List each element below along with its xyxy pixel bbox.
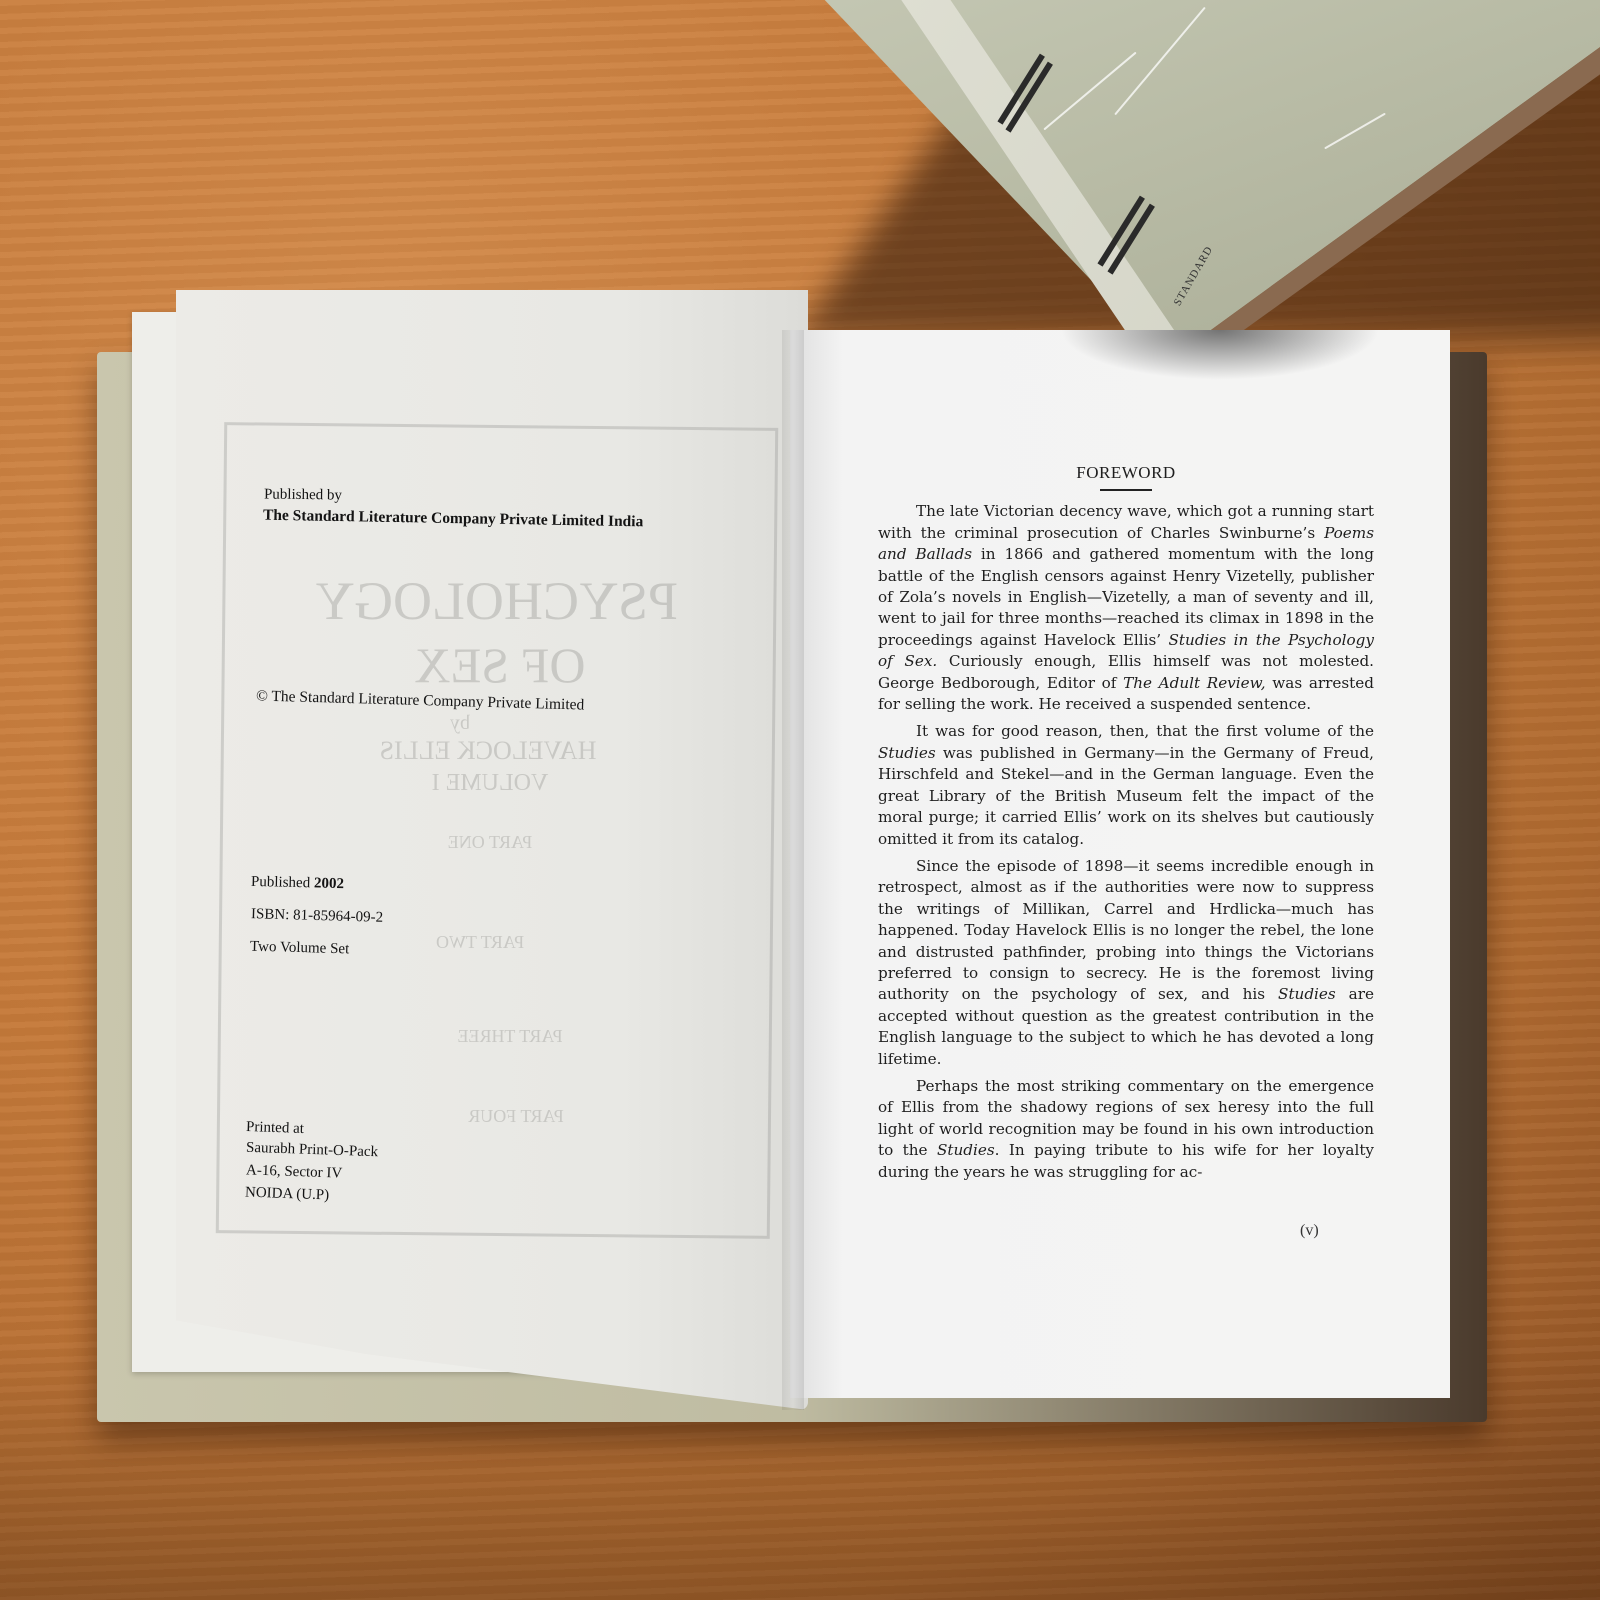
published-by-label: Published by — [264, 486, 342, 504]
show-through-part: PART ONE — [430, 832, 550, 853]
italic-title: Studies — [937, 1141, 995, 1159]
foreword-paragraph: Since the episode of 1898—it seems incre… — [878, 856, 1374, 1070]
show-through-author: HAVELOCK ELLIS — [368, 736, 608, 766]
foreword-paragraph: It was for good reason, then, that the f… — [878, 721, 1374, 849]
text-run: It was for good reason, then, that the f… — [916, 722, 1374, 740]
text-run: was published in Germany—in the Germany … — [878, 744, 1374, 848]
printer-city: NOIDA (U.P) — [245, 1185, 330, 1205]
page-number: (v) — [1300, 1222, 1319, 1240]
foreword-paragraph: The late Victorian decency wave, which g… — [878, 501, 1374, 715]
show-through-part: PART FOUR — [456, 1106, 576, 1127]
show-through-part: PART THREE — [440, 1026, 580, 1047]
set-info: Two Volume Set — [250, 939, 350, 959]
show-through-part: PART TWO — [420, 932, 540, 953]
italic-title: Studies — [1278, 985, 1336, 1003]
show-through-by: by — [430, 712, 490, 735]
foreword-section: FOREWORD The late Victorian decency wave… — [878, 462, 1374, 1189]
isbn: ISBN: 81-85964-09-2 — [251, 906, 384, 927]
show-through-volume: VOLUME I — [420, 770, 560, 797]
printer-address: A-16, Sector IV — [246, 1162, 343, 1182]
text-run: Since the episode of 1898—it seems incre… — [878, 857, 1374, 1003]
italic-title: The Adult Review, — [1123, 674, 1266, 692]
printed-at-label: Printed at — [246, 1119, 304, 1138]
show-through-title-2: OF SEX — [400, 636, 600, 694]
foreword-paragraph: Perhaps the most striking commentary on … — [878, 1076, 1374, 1183]
show-through-title-1: PSYCHOLOGY — [318, 570, 678, 632]
text-run: The late Victorian decency wave, which g… — [878, 502, 1374, 541]
foreword-heading: FOREWORD — [878, 462, 1374, 483]
published-year-line: Published 2002 — [251, 874, 344, 893]
italic-title: Studies — [878, 744, 936, 762]
published-label: Published — [251, 874, 311, 891]
book-gutter — [782, 330, 804, 1410]
page-shadow — [1060, 330, 1380, 380]
heading-rule — [1100, 489, 1152, 491]
published-year: 2002 — [314, 875, 344, 892]
